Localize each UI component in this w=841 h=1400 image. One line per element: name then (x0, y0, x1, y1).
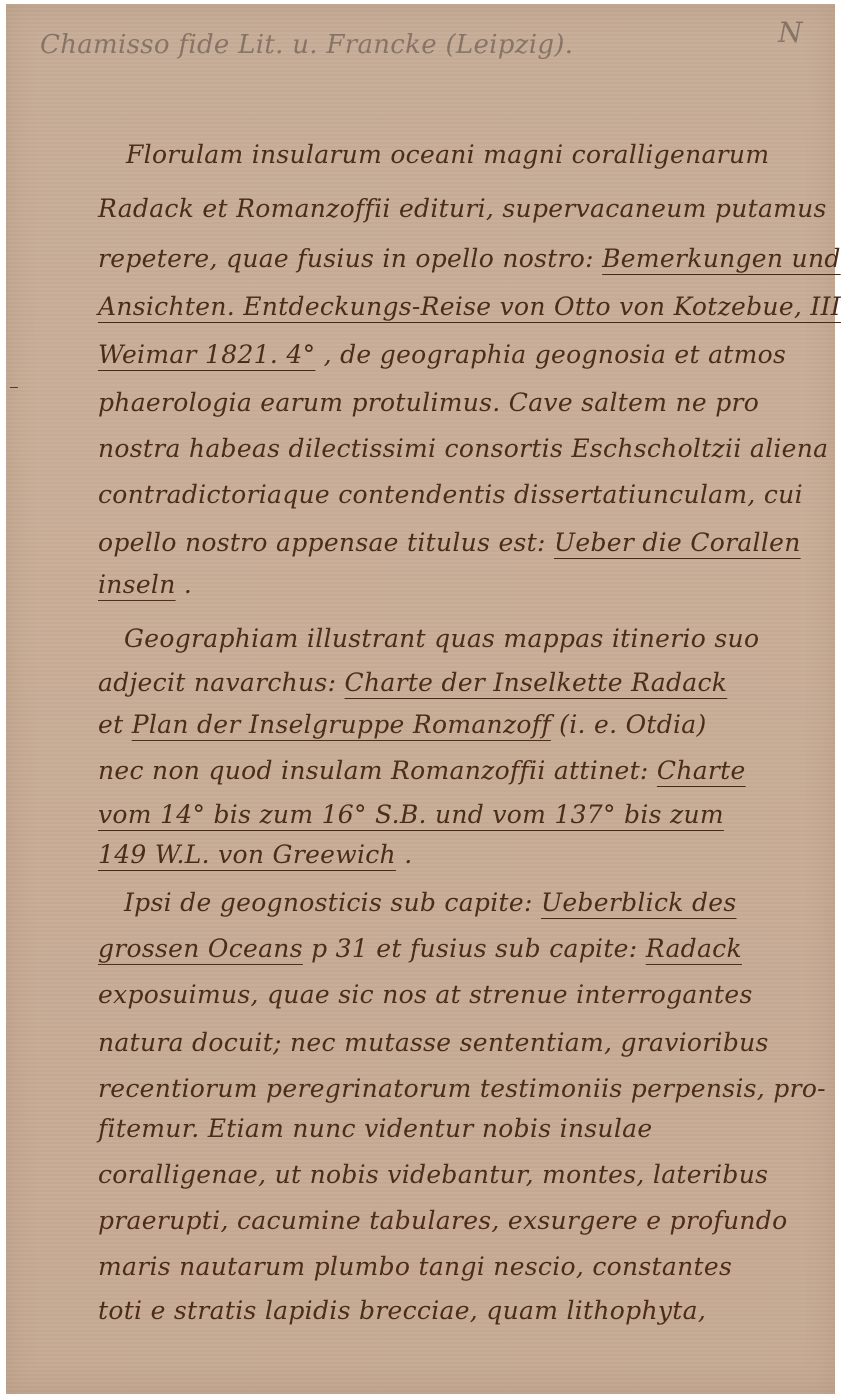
page-mark: N (778, 16, 803, 49)
text-line: nostra habeas dilectissimi consortis Esc… (98, 434, 828, 463)
text-line: Ipsi de geognosticis sub capite: Ueberbl… (124, 888, 737, 917)
text-line: fitemur. Etiam nunc videntur nobis insul… (98, 1114, 652, 1143)
underlined-title: Ansichten. Entdeckungs-Reise von Otto vo… (98, 292, 841, 321)
text-line: toti e stratis lapidis brecciae, quam li… (98, 1296, 706, 1325)
underlined-title: Charte (657, 756, 746, 785)
text-line: maris nautarum plumbo tangi nescio, cons… (98, 1252, 732, 1281)
text-line: repetere, quae fusius in opello nostro: … (98, 244, 841, 273)
text-line: coralligenae, ut nobis videbantur, monte… (98, 1160, 768, 1189)
text-line: natura docuit; nec mutasse sententiam, g… (98, 1028, 769, 1057)
text-line: et Plan der Inselgruppe Romanzoff (i. e.… (98, 710, 707, 739)
text-line: grossen Oceans p 31 et fusius sub capite… (98, 934, 742, 963)
text-line: inseln . (98, 570, 192, 599)
text-line: Geographiam illustrant quas mappas itine… (124, 624, 759, 653)
text-line: exposuimus, quae sic nos at strenue inte… (98, 980, 753, 1009)
underlined-title: Bemerkungen und (602, 244, 841, 273)
underlined-title: Radack (646, 934, 742, 963)
underlined-title: Charte der Inselkette Radack (345, 668, 728, 697)
text-line: vom 14° bis zum 16° S.B. und vom 137° bi… (98, 800, 724, 829)
text-line: praerupti, cacumine tabulares, exsurgere… (98, 1206, 787, 1235)
text-line: contradictoriaque contendentis dissertat… (98, 480, 803, 509)
text-line: Florulam insularum oceani magni corallig… (126, 140, 769, 169)
underlined-title: Ueber die Corallen (554, 528, 801, 557)
text-line: phaerologia earum protulimus. Cave salte… (98, 388, 759, 417)
text-line: Radack et Romanzoffii edituri, supervaca… (98, 194, 827, 223)
text-line: nec non quod insulam Romanzoffii attinet… (98, 756, 746, 785)
pencil-header-note: Chamisso fide Lit. u. Francke (Leipzig). (40, 30, 573, 60)
underlined-title: Plan der Inselgruppe Romanzoff (132, 710, 551, 739)
text-line: recentiorum peregrinatorum testimoniis p… (98, 1074, 826, 1103)
underlined-title: 149 W.L. von Greewich (98, 840, 396, 869)
manuscript-page: Chamisso fide Lit. u. Francke (Leipzig).… (6, 4, 835, 1394)
text-line: 149 W.L. von Greewich . (98, 840, 412, 869)
text-line: Ansichten. Entdeckungs-Reise von Otto vo… (98, 292, 841, 321)
margin-mark (10, 387, 18, 388)
text-line: adjecit navarchus: Charte der Inselkette… (98, 668, 727, 697)
underlined-title: Weimar 1821. 4° (98, 340, 315, 369)
underlined-title: grossen Oceans (98, 934, 303, 963)
underlined-title: inseln (98, 570, 176, 599)
underlined-title: vom 14° bis zum 16° S.B. und vom 137° bi… (98, 800, 724, 829)
text-line: opello nostro appensae titulus est: Uebe… (98, 528, 801, 557)
text-line: Weimar 1821. 4° , de geographia geognosi… (98, 340, 786, 369)
underlined-title: Ueberblick des (541, 888, 737, 917)
